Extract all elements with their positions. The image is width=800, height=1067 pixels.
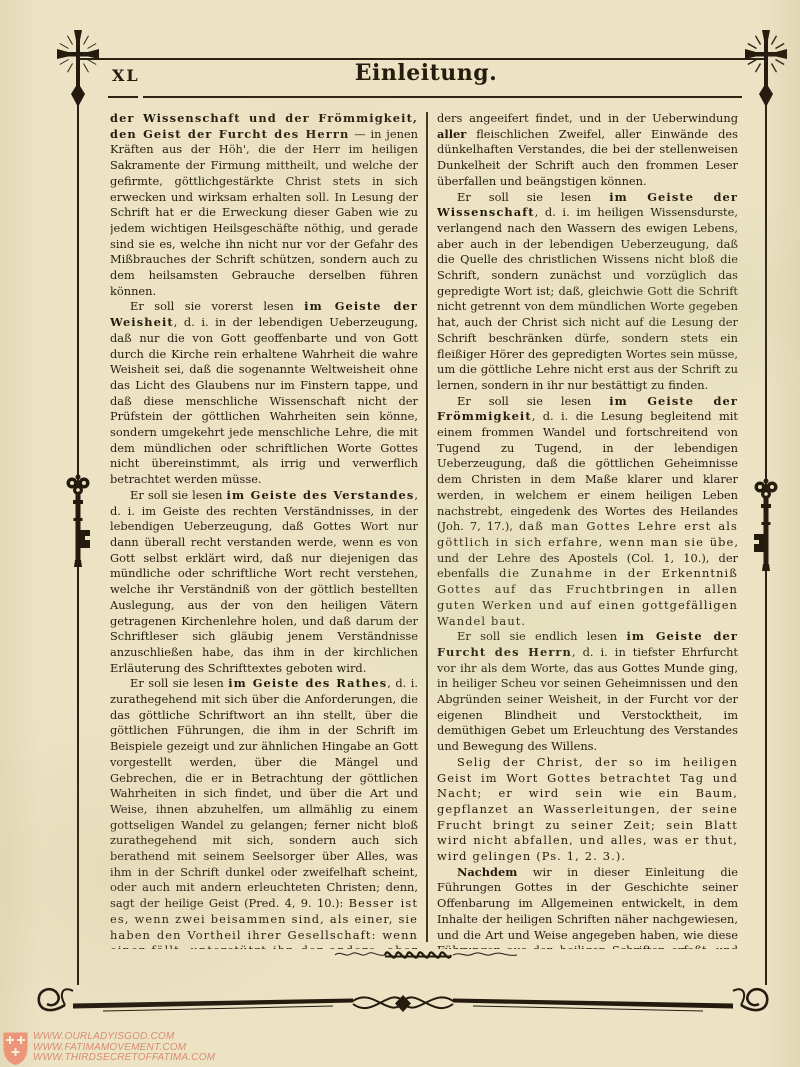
paragraph: der Wissenschaft und der Frömmigkeit, de…	[110, 111, 418, 299]
watermark-url: WWW.THIRDSECRETOFFATIMA.COM	[33, 1053, 215, 1064]
watermark-url: WWW.OURLADYISGOD.COM	[33, 1032, 215, 1043]
page-title: Einleitung.	[110, 60, 742, 86]
header-rule	[143, 96, 742, 98]
paragraph: Er soll sie lesen im Geiste der Wissensc…	[437, 190, 738, 394]
paragraph: ders angeeifert findet, und in der Ueber…	[437, 111, 738, 190]
column-divider-rule	[426, 112, 428, 942]
paragraph: Er soll sie lesen im Geiste der Frömmigk…	[437, 394, 738, 630]
cross-sunburst-icon	[742, 28, 790, 108]
paragraph: Nachdem wir in dieser Einleitung die Füh…	[437, 865, 738, 949]
bottom-scroll-rule-icon	[33, 983, 773, 1027]
text-column-left: der Wissenschaft und der Frömmigkeit, de…	[110, 111, 418, 949]
paragraph: Er soll sie vorerst lesen im Geiste der …	[110, 299, 418, 487]
scanned-book-page: XL Einleitung. der Wissenschaft und der …	[0, 0, 800, 1067]
header-rule-short	[108, 96, 138, 98]
key-icon	[752, 478, 780, 574]
paragraph: Er soll sie endlich lesen im Geiste der …	[437, 629, 738, 755]
key-icon	[64, 474, 92, 570]
watermark-shield-icon	[2, 1031, 29, 1066]
paragraph: Selig der Christ, der so im heiligen Gei…	[437, 755, 738, 865]
watermark-text: WWW.OURLADYISGOD.COM WWW.FATIMAMOVEMENT.…	[33, 1032, 215, 1064]
text-column-right: ders angeeifert findet, und in der Ueber…	[437, 111, 738, 949]
tailpiece-flourish-icon	[333, 946, 519, 962]
cross-sunburst-icon	[54, 28, 102, 108]
paragraph: Er soll sie lesen im Geiste des Rathes, …	[110, 676, 418, 949]
paragraph: Er soll sie lesen im Geiste des Verstand…	[110, 488, 418, 676]
